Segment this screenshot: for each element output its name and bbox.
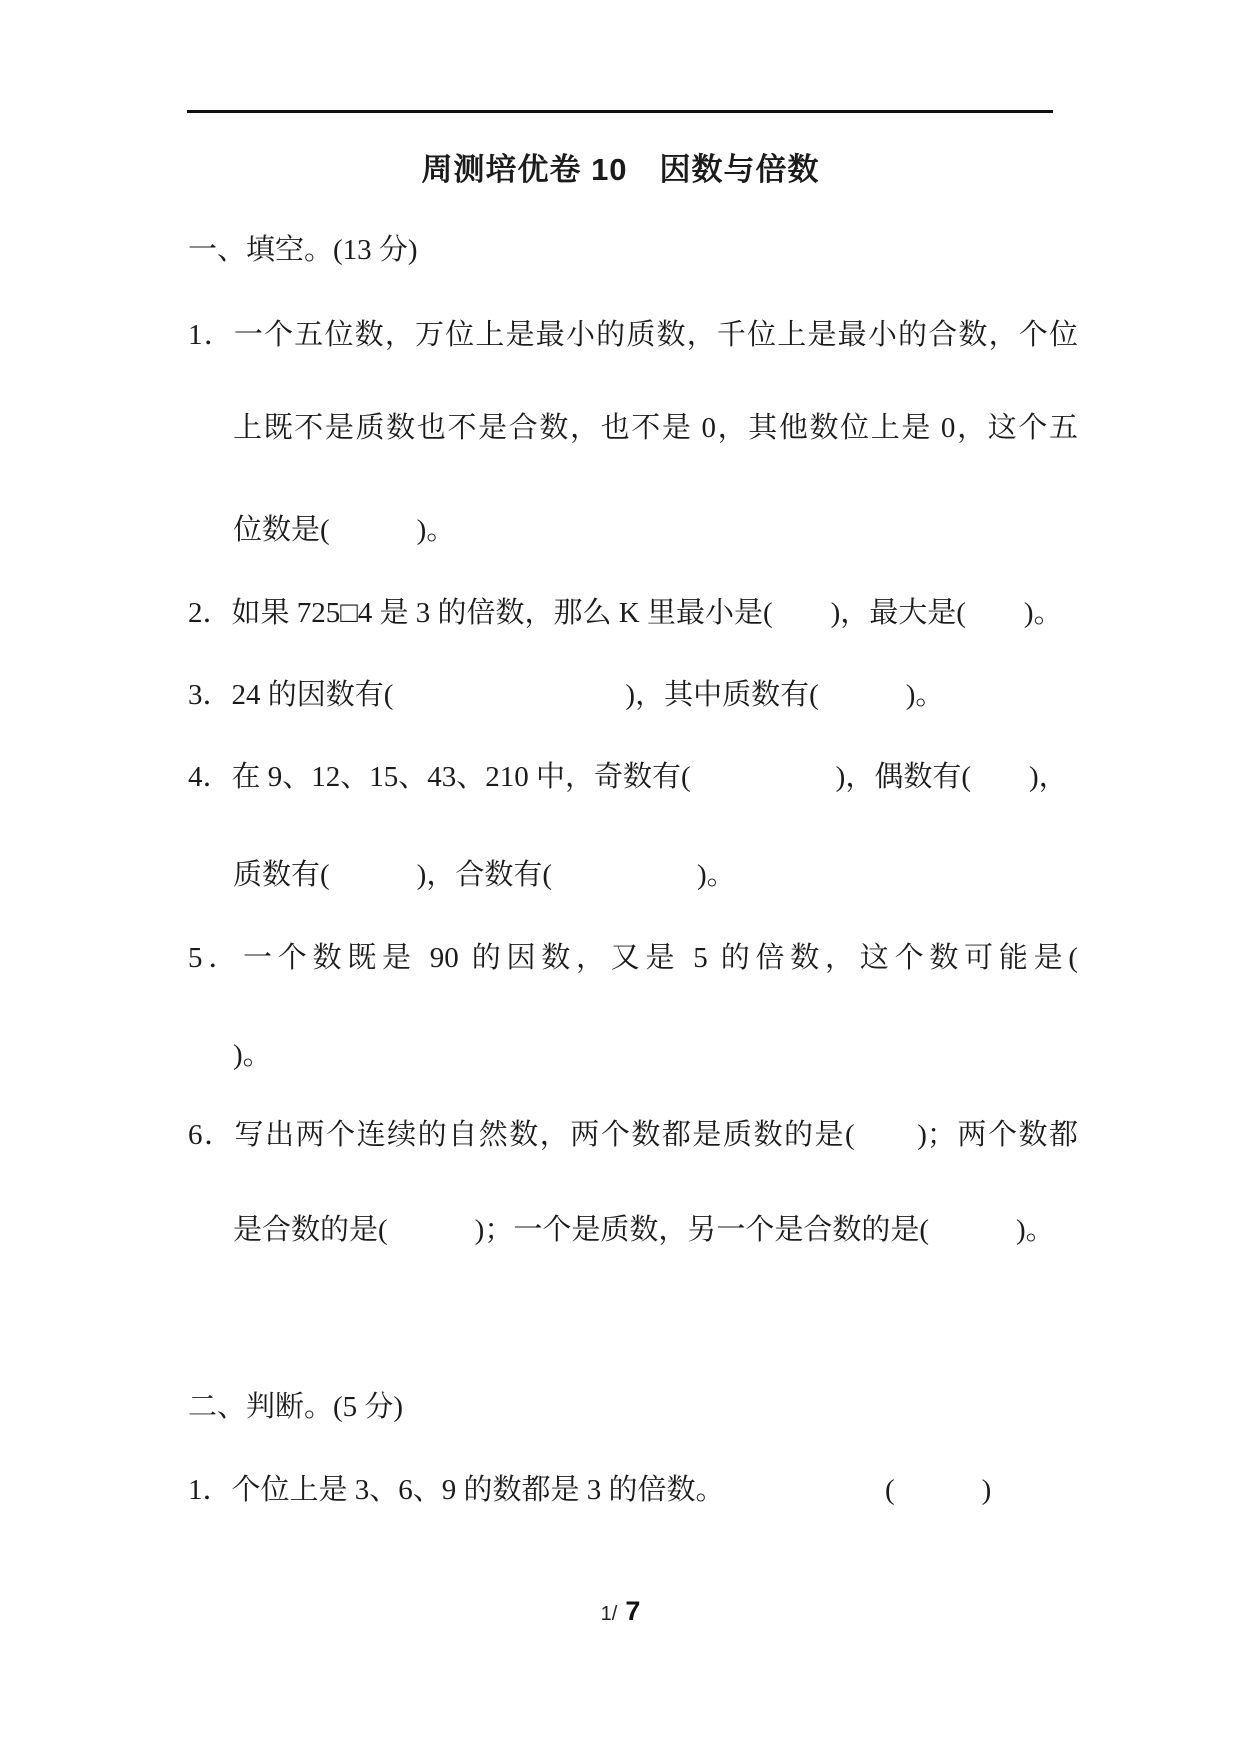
section-2-heading: 二、判断。(5 分) [188,1390,1078,1424]
page-title: 周测培优卷 10 因数与倍数 [0,144,1241,189]
question-3-line: 3．24 的因数有( )，其中质数有( )。 [188,678,1078,712]
question-1-line-3: 位数是( )。 [233,513,1078,547]
judge-question-1-answer-blank: ( ) [885,1473,991,1507]
section-1-heading: 一、填空。(13 分) [188,233,1078,267]
worksheet-page: 周测培优卷 10 因数与倍数 一、填空。(13 分) 1．一个五位数，万位上是最… [0,0,1241,1754]
question-4-line-1: 4．在 9、12、15、43、210 中，奇数有( )，偶数有( )， [188,760,1078,794]
footer-page-total: 7 [625,1596,640,1626]
question-1-line-1: 1．一个五位数，万位上是最小的质数，千位上是最小的合数，个位 [188,318,1078,352]
question-5-line-2: )。 [233,1038,1078,1072]
question-6-line-1: 6．写出两个连续的自然数，两个数都是质数的是( )；两个数都 [188,1118,1078,1152]
header-rule [187,110,1053,113]
judge-question-1-text: 1．个位上是 3、6、9 的数都是 3 的倍数。 [188,1474,725,1506]
question-5-line-1: 5．一个数既是 90 的因数，又是 5 的倍数，这个数可能是( [188,941,1078,975]
page-footer: 1/7 [0,1596,1241,1627]
judge-question-1-line: 1．个位上是 3、6、9 的数都是 3 的倍数。 ( ) [188,1473,1078,1507]
question-2-line: 2．如果 725□4 是 3 的倍数，那么 K 里最小是( )，最大是( )。 [188,596,1078,630]
question-4-line-2: 质数有( )，合数有( )。 [233,858,1078,892]
footer-page-number: 1/ [601,1603,618,1625]
question-6-line-2: 是合数的是( )；一个是质数，另一个是合数的是( )。 [233,1213,1078,1247]
question-1-line-2: 上既不是质数也不是合数，也不是 0，其他数位上是 0，这个五 [233,411,1078,445]
